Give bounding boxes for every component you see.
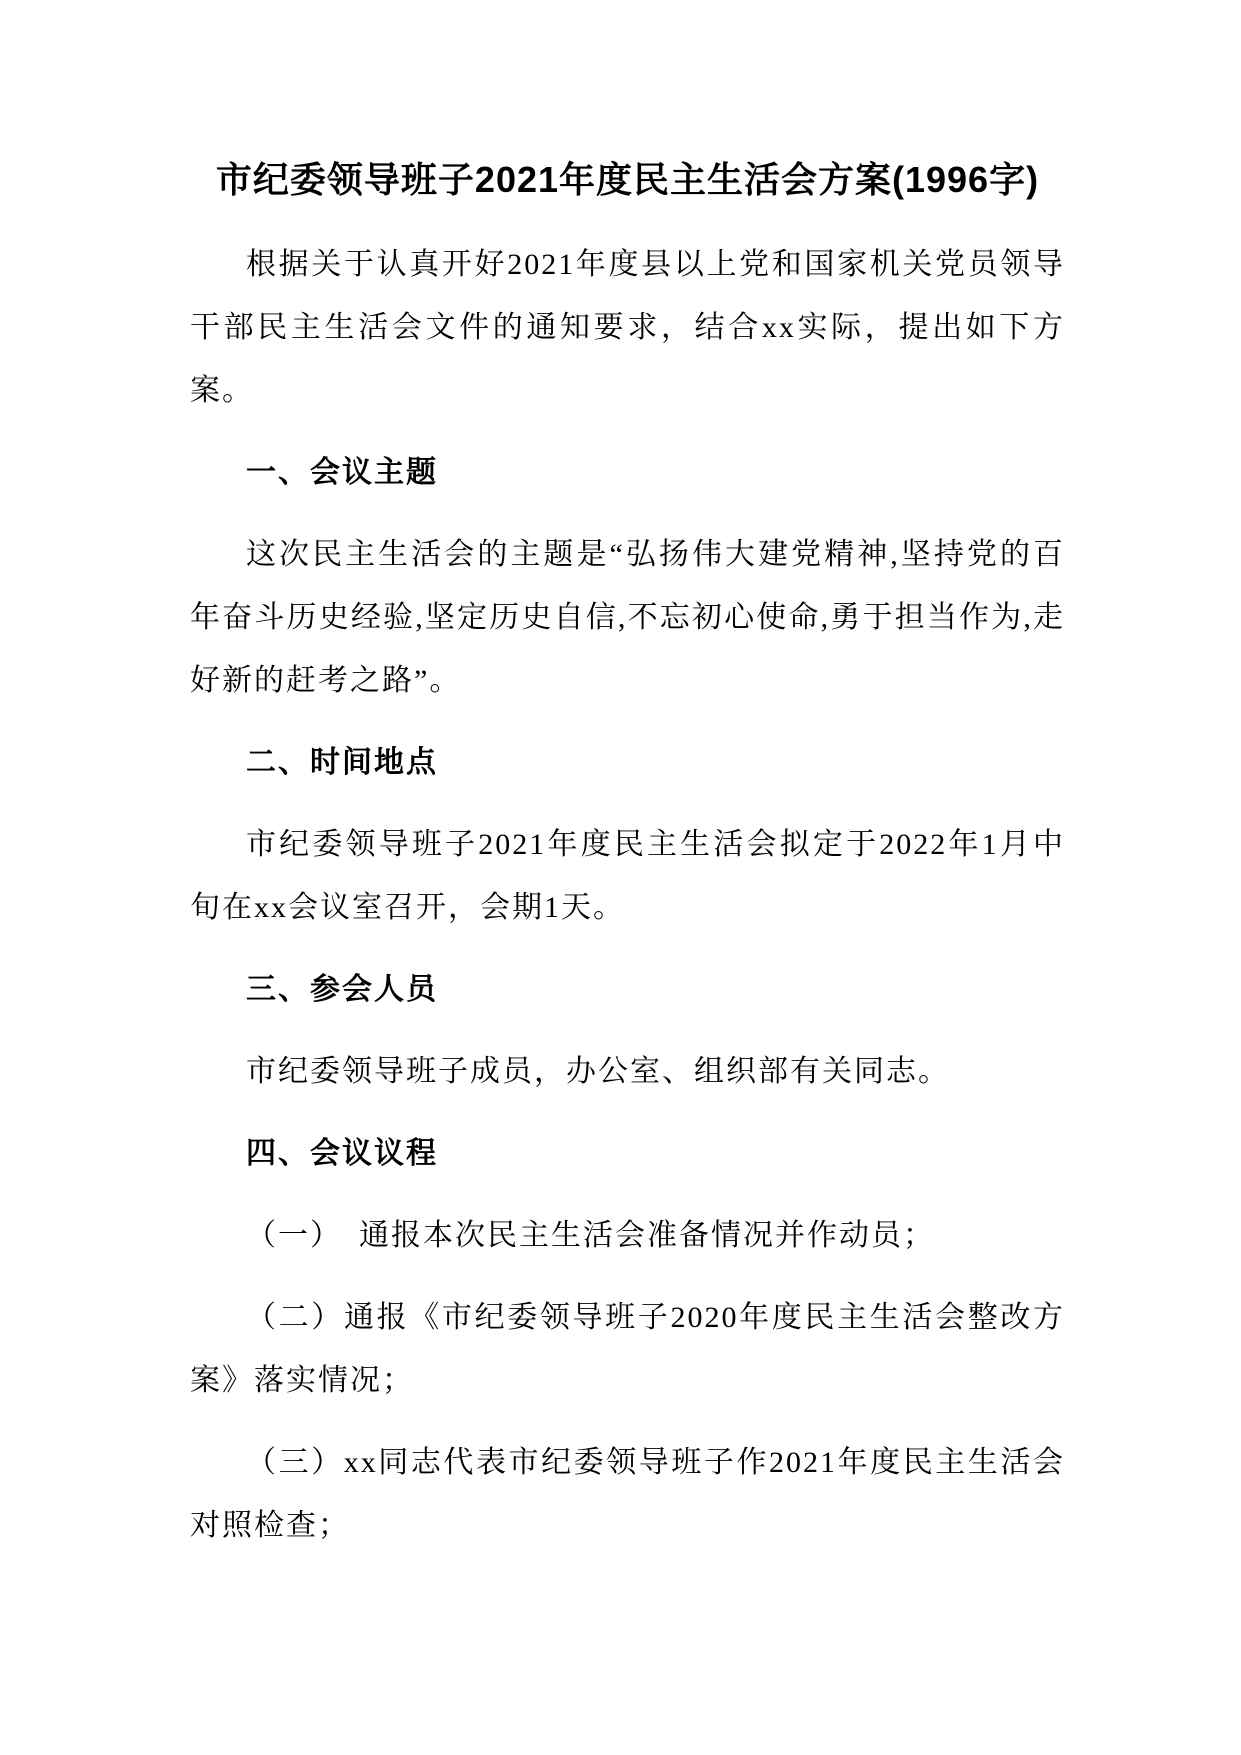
intro-paragraph: 根据关于认真开好2021年度县以上党和国家机关党员领导干部民主生活会文件的通知要… xyxy=(190,233,1065,422)
agenda-item-1: （一） 通报本次民主生活会准备情况并作动员； xyxy=(190,1204,1065,1267)
section-2-paragraph: 市纪委领导班子2021年度民主生活会拟定于2022年1月中旬在xx会议室召开，会… xyxy=(190,813,1065,939)
section-heading-4-agenda: 四、会议议程 xyxy=(190,1122,1065,1185)
section-3-paragraph: 市纪委领导班子成员，办公室、组织部有关同志。 xyxy=(190,1040,1065,1103)
section-heading-2-time-place: 二、时间地点 xyxy=(190,731,1065,794)
section-heading-3-attendees: 三、参会人员 xyxy=(190,958,1065,1021)
section-heading-1-meeting-theme: 一、会议主题 xyxy=(190,441,1065,504)
document-page: 市纪委领导班子2021年度民主生活会方案(1996字) 根据关于认真开好2021… xyxy=(0,0,1241,1755)
agenda-item-2: （二）通报《市纪委领导班子2020年度民主生活会整改方案》落实情况； xyxy=(190,1286,1065,1412)
document-title: 市纪委领导班子2021年度民主生活会方案(1996字) xyxy=(190,148,1065,211)
agenda-item-3: （三）xx同志代表市纪委领导班子作2021年度民主生活会对照检查； xyxy=(190,1431,1065,1557)
section-1-paragraph: 这次民主生活会的主题是“弘扬伟大建党精神,坚持党的百年奋斗历史经验,坚定历史自信… xyxy=(190,523,1065,712)
